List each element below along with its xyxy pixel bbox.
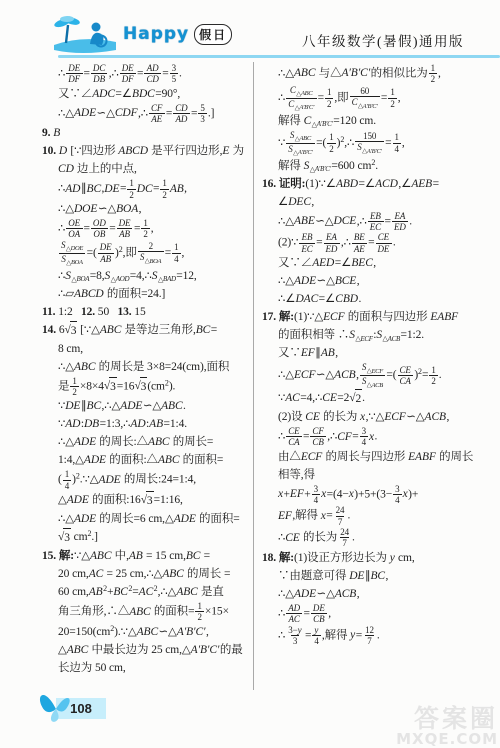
beach-scene-icon xyxy=(52,11,118,57)
logo-holiday-badge: 假日 xyxy=(194,24,232,45)
math-line: 60 cm,AB2+BC2=AC2,∴△ABC 是直 xyxy=(58,583,268,601)
math-line: ∴△DOE∽△BOA, xyxy=(58,200,268,218)
math-line: 1:4,△ADE 的面积:△ABC 的面积= xyxy=(58,451,268,469)
math-line: ∴C△ABCC△A′B′C′=12,即60C△A′B′C′=12, xyxy=(278,85,500,112)
math-line: △ABC 中最长边为 25 cm,△A′B′C′的最 xyxy=(58,641,268,659)
answers-left-column: ∴DEDF=DCDB,∴DEDF=ADCD=35.又∵∠ADC=∠BDC=90°… xyxy=(42,63,268,677)
math-line: 解得 C△A′B′C′=120 cm. xyxy=(278,112,500,130)
math-line: EF,解得 x=247. xyxy=(278,505,500,527)
math-line: 15. 解:∵△ABC 中,AB = 15 cm,BC = xyxy=(42,547,268,565)
answers-right-column: ∴△ABC 与△A′B′C′的相似比为12,∴C△ABCC△A′B′C′=12,… xyxy=(262,63,500,646)
math-line: ∵DE∥BC,∴△ADE∽△ABC. xyxy=(58,397,268,415)
math-line: ∴△ADE∽△BCE, xyxy=(278,272,500,290)
math-line: ∴OEOA=ODOB=DEAB=12, xyxy=(58,218,268,240)
math-line: 18. 解:(1)设正方形边长为 y cm, xyxy=(262,549,500,567)
math-line: ∴△ADE∽△ACB, xyxy=(278,585,500,603)
math-line: ∴S△BOA=8,S△AOD=4,∴S△BAD=12, xyxy=(58,267,268,285)
math-line: x+EF+34x=(4−x)+5+(3−34x)+ xyxy=(278,484,500,506)
math-line: 相等,得 xyxy=(278,466,500,484)
math-line: ∴ADAC=DECB, xyxy=(278,603,500,625)
math-line: 的面积相等 ∴S△ECF:S△ACB=1:2. xyxy=(278,326,500,344)
workbook-answer-page: Happy 假日 八年级数学(暑假)通用版 ∴DEDF=DCDB,∴DEDF=A… xyxy=(0,0,500,748)
math-line: ∴∠DAC=∠CBD. xyxy=(278,290,500,308)
math-line: √3 cm2.] xyxy=(58,528,268,547)
watermark: 答案圈 MXQE.COM xyxy=(396,707,498,748)
math-line: 10. D [∵四边形 ABCD 是平行四边形,E 为 xyxy=(42,142,268,160)
math-line: ∴CE 的长为247. xyxy=(278,527,500,549)
logo-happy-text: Happy xyxy=(123,24,189,44)
happy-holiday-logo: Happy 假日 xyxy=(52,9,232,59)
math-line: ∴△ABE∽△DCE,∴EBEC=EAED. xyxy=(278,211,500,233)
watermark-domain: MXQE.COM xyxy=(396,731,498,748)
math-line: ∴△ECF∽△ACB,S△ECFS△ACB=(CECA)2=12. xyxy=(278,362,500,389)
math-line: 长边为 50 cm, xyxy=(58,659,268,677)
butterfly-icon xyxy=(36,686,74,733)
math-line: ∴△ADE 的周长:△ABC 的周长= xyxy=(58,433,268,451)
math-line: 又∵∠AED=∠BEC, xyxy=(278,254,500,272)
math-line: CD 边上的中点, xyxy=(58,160,268,178)
math-line: ∠DEC, xyxy=(278,193,500,211)
math-line: ∵S△ABCS△A′B′C′=(12)2,∴150S△A′B′C′=14, xyxy=(278,130,500,157)
math-line: ∴▱ABCD 的面积=24.] xyxy=(58,285,268,303)
math-line: 又∵∠ADC=∠BDC=90°, xyxy=(58,85,268,103)
math-line: ∵AD:DB=1:3,∴AD:AB=1:4. xyxy=(58,415,268,433)
math-line: ∵AC=4,∴CE=2√2. xyxy=(278,389,500,408)
math-line: 角三角形,∴△ABC 的面积=12×15× xyxy=(58,601,268,623)
math-line: 8 cm, xyxy=(58,340,268,358)
math-line: (2)∵EBEC=EAED,∴BEAE=CEDE. xyxy=(278,232,500,254)
math-line: 16. 证明:(1)∵∠ABD=∠ACD,∠AEB= xyxy=(262,175,500,193)
math-line: 解得 S△A′B′C′=600 cm2. xyxy=(278,157,500,175)
math-line: 又∵EF∥AB, xyxy=(278,344,500,362)
math-line: (14)2.∵△ADE 的周长:24=1:4, xyxy=(58,469,268,491)
edition-title: 八年级数学(暑假)通用版 xyxy=(302,30,464,50)
math-line: 9. B xyxy=(42,124,268,142)
math-line: ∴3−y3=y4,解得 y=127. xyxy=(278,625,500,647)
math-line: 是12×8×4√3=16√3(cm2). xyxy=(58,376,268,398)
math-line: 11. 1:2 12. 50 13. 15 xyxy=(42,303,268,321)
math-line: 20=150(cm2).∵△ABC∽△A′B′C′, xyxy=(58,623,268,641)
math-line: 由△ECF 的周长与四边形 EABF 的周长 xyxy=(278,448,500,466)
math-line: S△DOES△BOA=(DEAB)2,即2S△BOA=14, xyxy=(58,240,268,267)
math-line: ∵由题意可得 DE∥BC, xyxy=(278,567,500,585)
math-line: 20 cm,AC = 25 cm,∴△ABC 的周长 = xyxy=(58,565,268,583)
math-line: ∴CECA=CFCB,∴CF=34x. xyxy=(278,426,500,448)
math-line: (2)设 CE 的长为 x,∵△ECF∽△ACB, xyxy=(278,408,500,426)
math-line: 17. 解:(1)∵△ECF 的面积与四边形 EABF xyxy=(262,308,500,326)
math-line: ∴△ADE∽△CDF,∴CFAE=CDAD=53.] xyxy=(58,103,268,125)
math-line: ∴△ABC 与△A′B′C′的相似比为12, xyxy=(278,63,500,85)
math-line: ∴△ADE 的周长=6 cm,△ADE 的面积= xyxy=(58,510,268,528)
math-line: ∴DEDF=DCDB,∴DEDF=ADCD=35. xyxy=(58,63,268,85)
math-line: ∴AD∥BC,DE=12DC=12AB, xyxy=(58,178,268,200)
math-line: ∴△ABC 的周长是 3×8=24(cm),面积 xyxy=(58,358,268,376)
math-line: 14. 6√3 [∵△ABC 是等边三角形,BC= xyxy=(42,321,268,340)
math-line: △ADE 的面积:16√3=1:16, xyxy=(58,491,268,510)
watermark-title: 答案圈 xyxy=(396,707,498,731)
